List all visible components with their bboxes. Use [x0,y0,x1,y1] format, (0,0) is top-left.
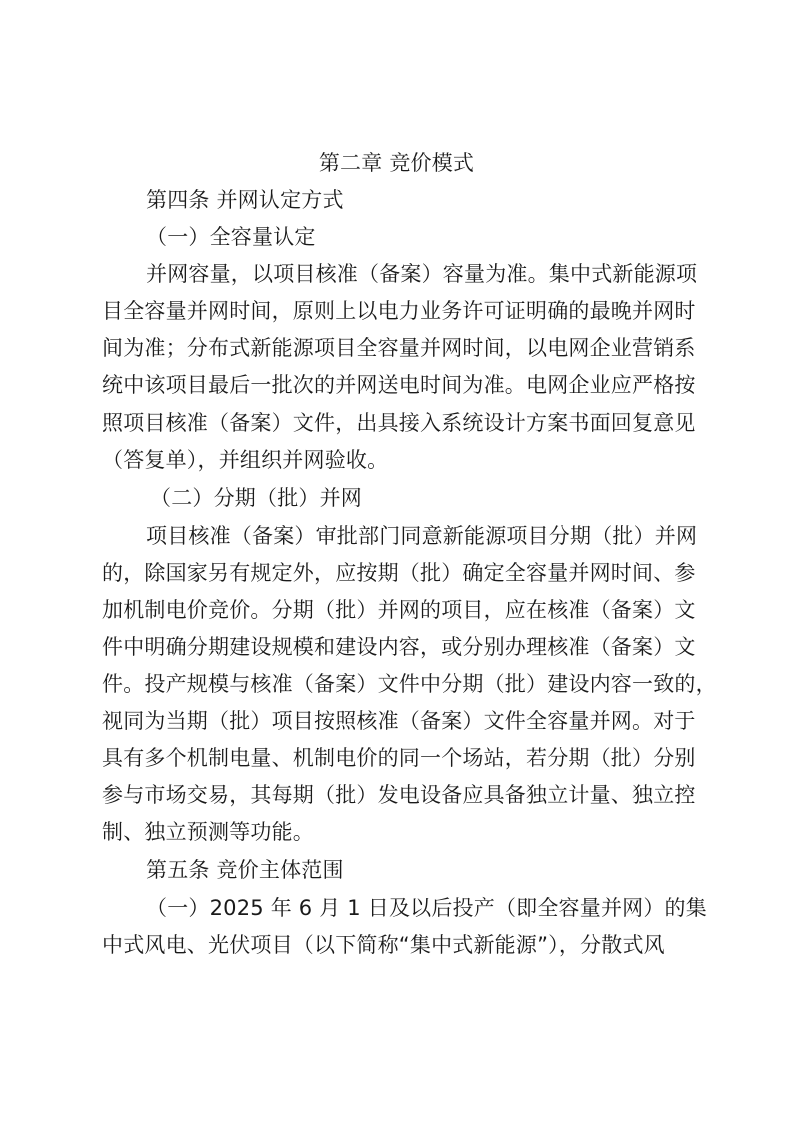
paragraph-line: 的，除国家另有规定外，应按期（批）确定全容量并网时间、参 [102,560,696,586]
paragraph-line: 制、独立预测等功能。 [102,819,314,845]
section-heading-phased: （二）分期（批）并网 [150,485,362,511]
document-page: 第二章 竞价模式 第四条 并网认定方式 （一）全容量认定 并网容量，以项目核准（… [0,0,793,1122]
paragraph-line: 目全容量并网时间，原则上以电力业务许可证明确的最晚并网时 [102,298,696,324]
article-4-heading: 第四条 并网认定方式 [146,187,344,213]
paragraph-line: 并网容量，以项目核准（备案）容量为准。集中式新能源项 [146,261,697,287]
article-5-heading: 第五条 竞价主体范围 [146,857,344,883]
paragraph-line: 统中该项目最后一批次的并网送电时间为准。电网企业应严格按 [102,372,696,398]
chapter-title: 第二章 竞价模式 [0,150,793,176]
paragraph-line: 项目核准（备案）审批部门同意新能源项目分期（批）并网 [146,523,697,549]
paragraph-line: 件中明确分期建设规模和建设内容，或分别办理核准（备案）文 [102,634,696,660]
paragraph-line: 中式风电、光伏项目（以下简称“集中式新能源”），分散式风 [102,932,665,958]
paragraph-line: 间为准；分布式新能源项目全容量并网时间，以电网企业营销系 [102,335,696,361]
paragraph-line: （一）2025 年 6 月 1 日及以后投产（即全容量并网）的集 [146,895,707,921]
paragraph-line: 视同为当期（批）项目按照核准（备案）文件全容量并网。对于 [102,708,696,734]
paragraph-line: 参与市场交易，其每期（批）发电设备应具备独立计量、独立控 [102,782,696,808]
paragraph-line: 照项目核准（备案）文件，出具接入系统设计方案书面回复意见 [102,410,696,436]
paragraph-line: （答复单），并组织并网验收。 [102,447,388,473]
section-heading-full-capacity: （一）全容量认定 [146,224,316,250]
paragraph-line: 加机制电价竞价。分期（批）并网的项目，应在核准（备案）文 [102,597,696,623]
paragraph-line: 件。投产规模与核准（备案）文件中分期（批）建设内容一致的， [102,671,717,697]
paragraph-line: 具有多个机制电量、机制电价的同一个场站，若分期（批）分别 [102,745,696,771]
